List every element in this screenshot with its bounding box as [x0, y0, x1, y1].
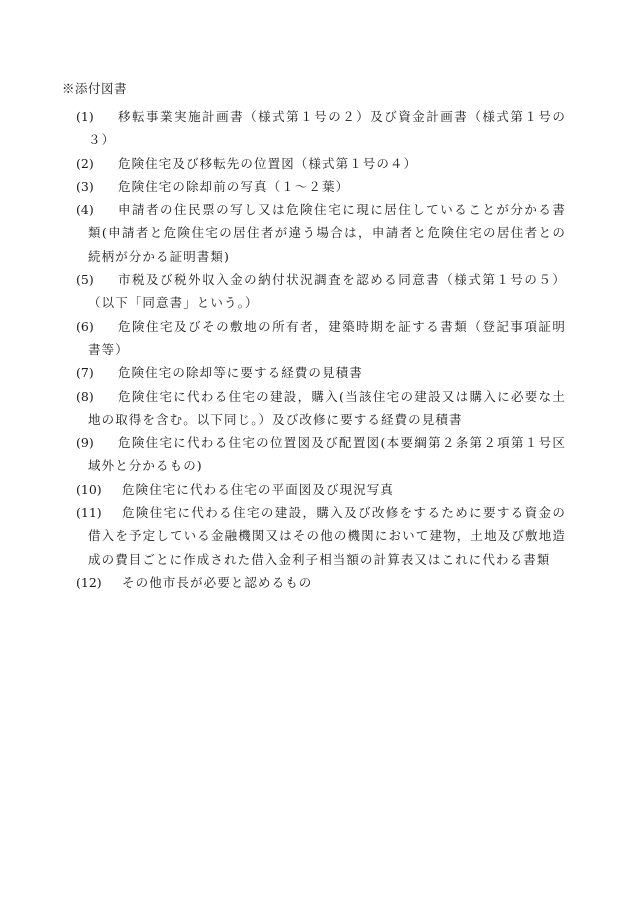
- list-item: (11) 危険住宅に代わる住宅の建設，購入及び改修をするために要する資金の借入を…: [76, 501, 566, 571]
- list-item: (3) 危険住宅の除却前の写真（１～２葉）: [76, 175, 566, 198]
- item-text: その他市長が必要と認めるもの: [76, 571, 566, 594]
- document-page: ※添付図書 (1) 移転事業実施計画書（様式第１号の２）及び資金計画書（様式第１…: [0, 0, 630, 903]
- item-number: (11): [76, 501, 102, 524]
- item-text: 危険住宅の除却前の写真（１～２葉）: [76, 175, 566, 198]
- item-number: (2): [76, 152, 94, 175]
- list-item: (10) 危険住宅に代わる住宅の平面図及び現況写真: [76, 478, 566, 501]
- list-item: (2) 危険住宅及び移転先の位置図（様式第１号の４）: [76, 152, 566, 175]
- item-text: 危険住宅及びその敷地の所有者，建築時期を証する書類（登記事項証明書等）: [76, 315, 566, 362]
- list-item: (8) 危険住宅に代わる住宅の建設，購入(当該住宅の建設又は購入に必要な土地の取…: [76, 385, 566, 432]
- item-text: 危険住宅に代わる住宅の建設，購入(当該住宅の建設又は購入に必要な土地の取得を含む…: [76, 385, 566, 432]
- list-item: (4) 申請者の住民票の写し又は危険住宅に現に居住していることが分かる書類(申請…: [76, 198, 566, 268]
- item-number: (6): [76, 315, 94, 338]
- list-item: (9) 危険住宅に代わる住宅の位置図及び配置図(本要綱第２条第２項第１号区域外と…: [76, 431, 566, 478]
- attached-documents-list: (1) 移転事業実施計画書（様式第１号の２）及び資金計画書（様式第１号の３） (…: [76, 105, 566, 594]
- item-text: 申請者の住民票の写し又は危険住宅に現に居住していることが分かる書類(申請者と危険…: [76, 198, 566, 268]
- list-item: (1) 移転事業実施計画書（様式第１号の２）及び資金計画書（様式第１号の３）: [76, 105, 566, 152]
- item-text: 危険住宅に代わる住宅の平面図及び現況写真: [76, 478, 566, 501]
- item-number: (7): [76, 361, 94, 384]
- list-item: (7) 危険住宅の除却等に要する経費の見積書: [76, 361, 566, 384]
- item-text: 市税及び税外収入金の納付状況調査を認める同意書（様式第１号の５）（以下「同意書」…: [76, 268, 566, 315]
- item-number: (5): [76, 268, 94, 291]
- item-text: 危険住宅の除却等に要する経費の見積書: [76, 361, 566, 384]
- item-number: (4): [76, 198, 94, 221]
- item-number: (1): [76, 105, 94, 128]
- item-number: (9): [76, 431, 94, 454]
- list-item: (12) その他市長が必要と認めるもの: [76, 571, 566, 594]
- item-text: 危険住宅及び移転先の位置図（様式第１号の４）: [76, 152, 566, 175]
- attached-documents-heading: ※添付図書: [62, 81, 127, 97]
- item-number: (12): [76, 571, 102, 594]
- item-number: (10): [76, 478, 102, 501]
- item-text: 移転事業実施計画書（様式第１号の２）及び資金計画書（様式第１号の３）: [76, 105, 566, 152]
- list-item: (6) 危険住宅及びその敷地の所有者，建築時期を証する書類（登記事項証明書等）: [76, 315, 566, 362]
- item-text: 危険住宅に代わる住宅の建設，購入及び改修をするために要する資金の借入を予定してい…: [76, 501, 566, 571]
- item-text: 危険住宅に代わる住宅の位置図及び配置図(本要綱第２条第２項第１号区域外と分かるも…: [76, 431, 566, 478]
- item-number: (8): [76, 385, 94, 408]
- item-number: (3): [76, 175, 94, 198]
- list-item: (5) 市税及び税外収入金の納付状況調査を認める同意書（様式第１号の５）（以下「…: [76, 268, 566, 315]
